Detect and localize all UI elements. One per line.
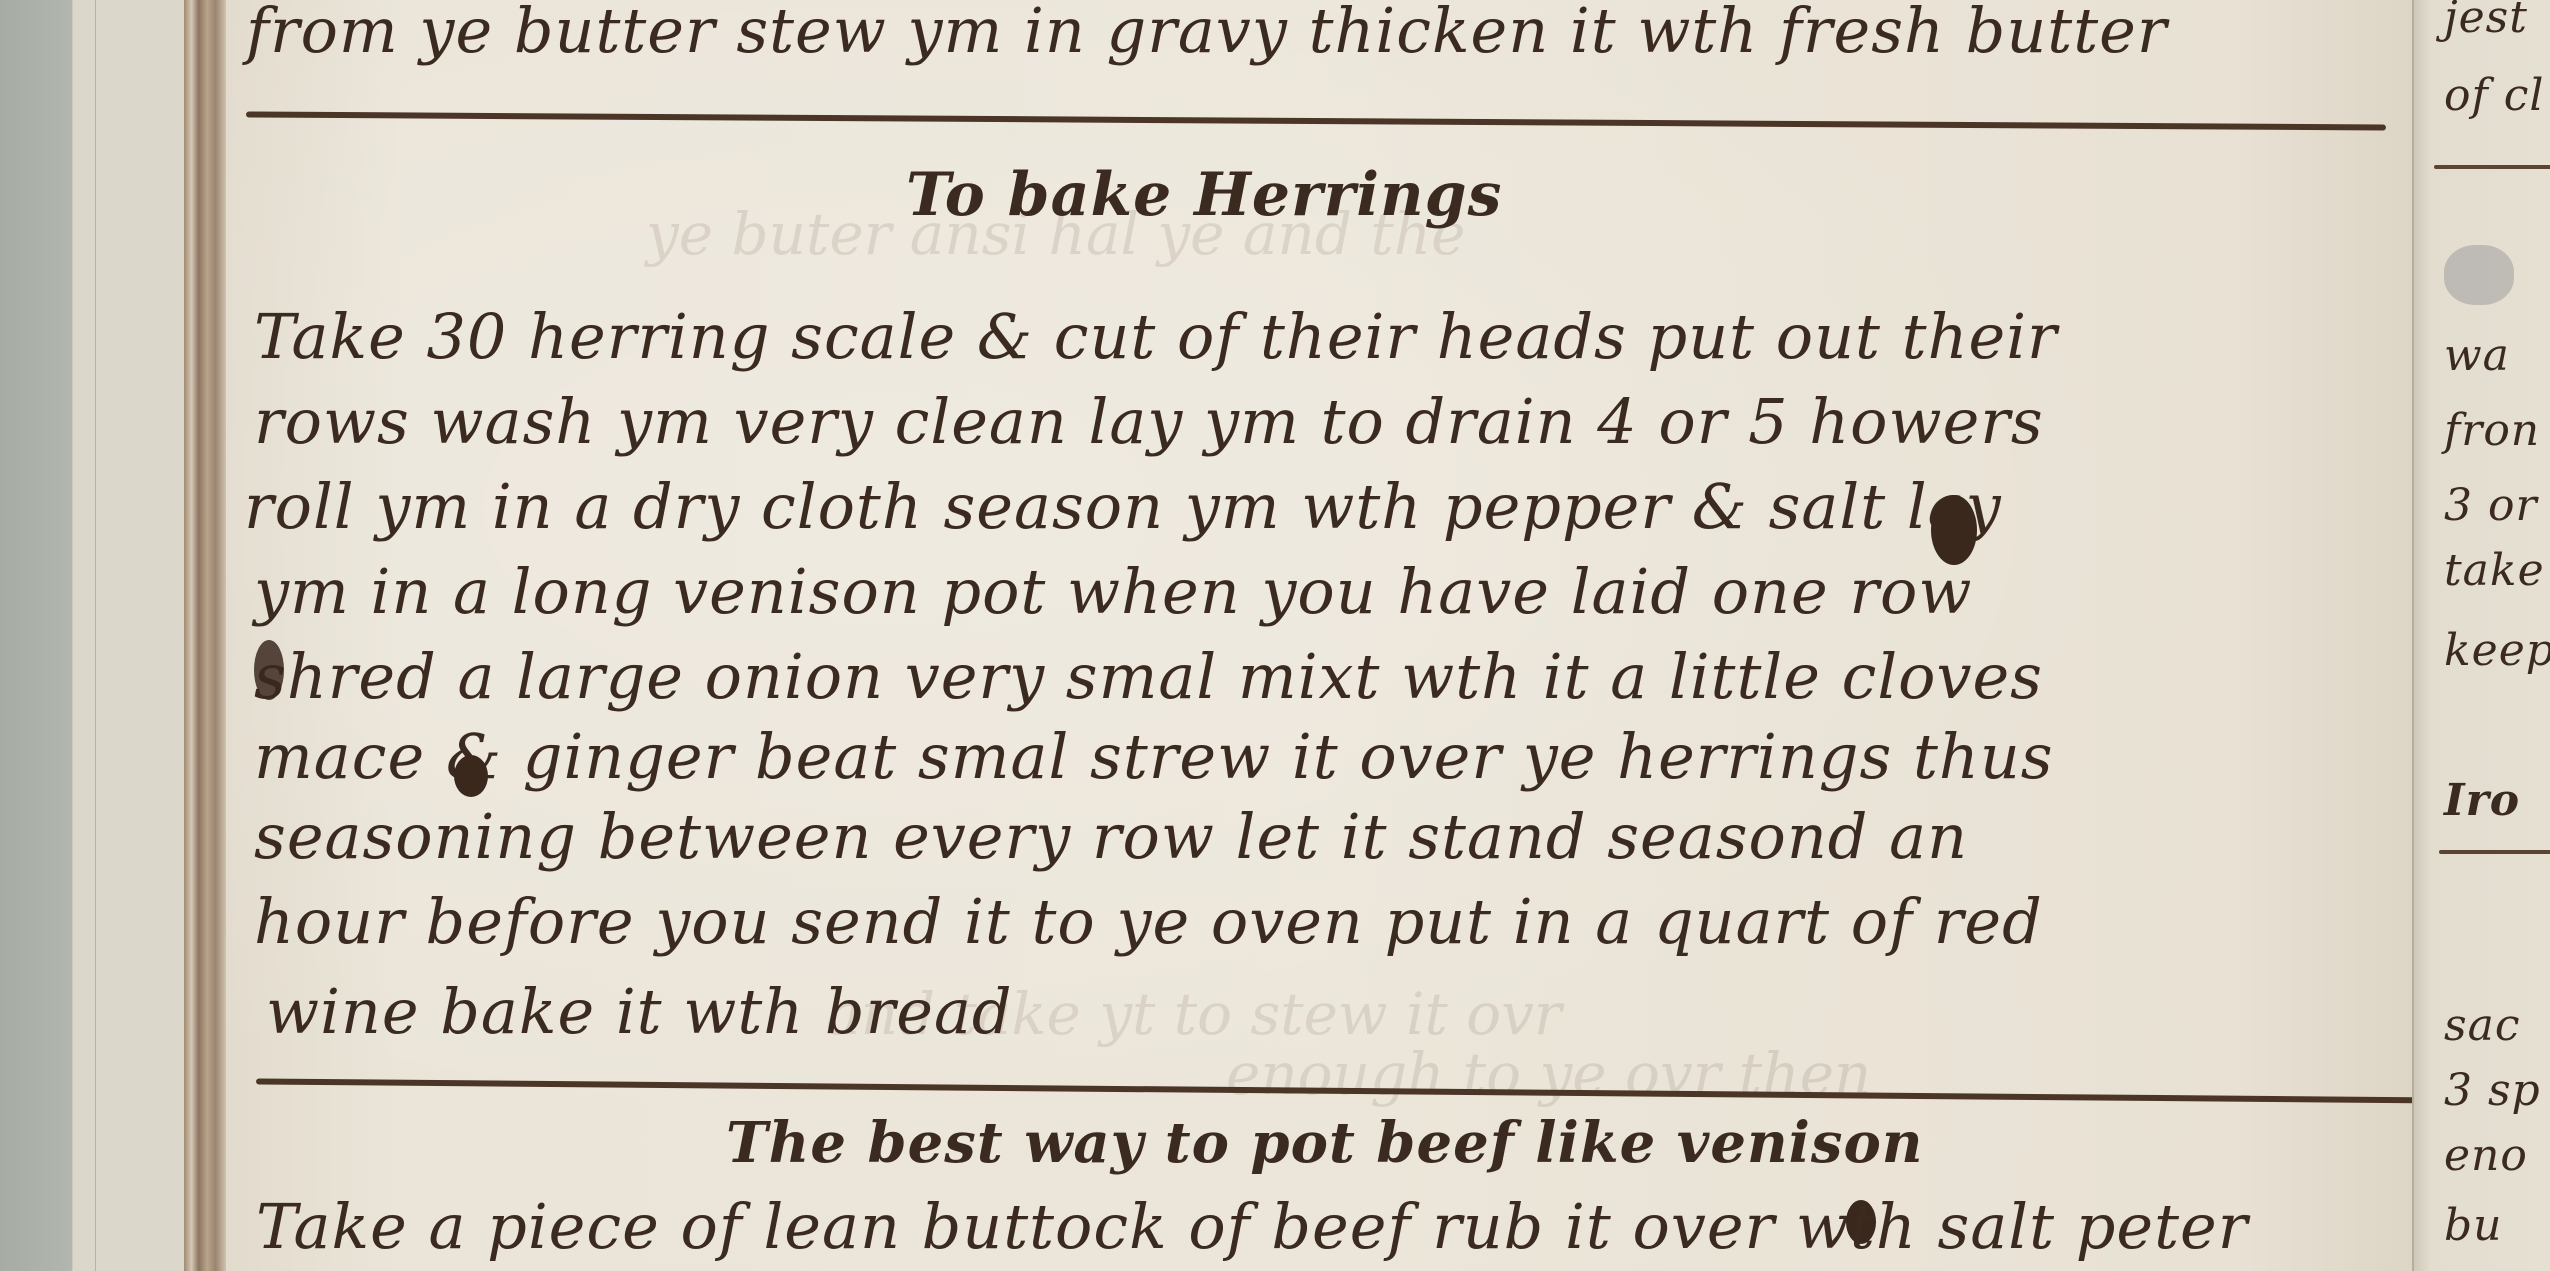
facing-page-word: eno xyxy=(2444,1130,2528,1181)
facing-page-word: wa xyxy=(2444,330,2510,381)
recipe-line: mace & ginger beat smal strew it over ye… xyxy=(254,720,2054,793)
recipe-line: rows wash ym very clean lay ym to drain … xyxy=(254,385,2044,458)
facing-page-word: sac xyxy=(2444,1000,2520,1051)
section-divider xyxy=(2439,850,2550,854)
manuscript-page: ye buter ansi hal ye and the and take yt… xyxy=(226,0,2412,1271)
section-divider xyxy=(2434,165,2550,169)
facing-page-word: jest xyxy=(2444,0,2528,43)
recipe-line: seasoning between every row let it stand… xyxy=(254,800,1968,873)
top-fragment-line: from ye butter stew ym in gravy thicken … xyxy=(246,0,2167,67)
section-divider xyxy=(246,111,2386,130)
recipe-line: Take a piece of lean buttock of beef rub… xyxy=(256,1190,2248,1263)
facing-page-word: bu xyxy=(2444,1200,2503,1251)
facing-page-word: fron xyxy=(2444,405,2540,456)
recipe-title: The best way to pot beef like venison xyxy=(726,1110,1924,1176)
facing-page-word: take xyxy=(2444,545,2545,596)
ink-blot xyxy=(1931,495,1977,565)
guard-strip xyxy=(72,0,185,1271)
recipe-line: shred a large onion very smal mixt wth i… xyxy=(254,640,2043,713)
ink-blot xyxy=(254,640,284,700)
recipe-line: hour before you send it to ye oven put i… xyxy=(254,885,2043,958)
recipe-line: Take 30 herring scale & cut of their hea… xyxy=(254,300,2058,373)
recipe-line: ym in a long venison pot when you have l… xyxy=(254,555,1972,628)
facing-page-heading: Iro xyxy=(2444,775,2520,826)
facing-page-word: 3 sp xyxy=(2444,1065,2541,1116)
recipe-line: wine bake it wth bread xyxy=(266,975,1013,1048)
facing-page-word: 3 or xyxy=(2444,480,2538,531)
recipe-line: roll ym in a dry cloth season ym wth pep… xyxy=(244,470,2002,543)
facing-page-word: of cl xyxy=(2444,70,2544,121)
facing-page-word: keep xyxy=(2444,625,2550,676)
facing-page-edge: jest of cl wa fron 3 or take keep Iro sa… xyxy=(2412,0,2550,1271)
mount-board xyxy=(0,0,72,1271)
water-stain xyxy=(2444,245,2514,305)
recipe-title: To bake Herrings xyxy=(906,160,1502,230)
page-binding-edge xyxy=(184,0,226,1271)
bleed-through-text: enough to ye ovr then xyxy=(1226,1040,1871,1108)
ink-blot xyxy=(454,755,488,797)
